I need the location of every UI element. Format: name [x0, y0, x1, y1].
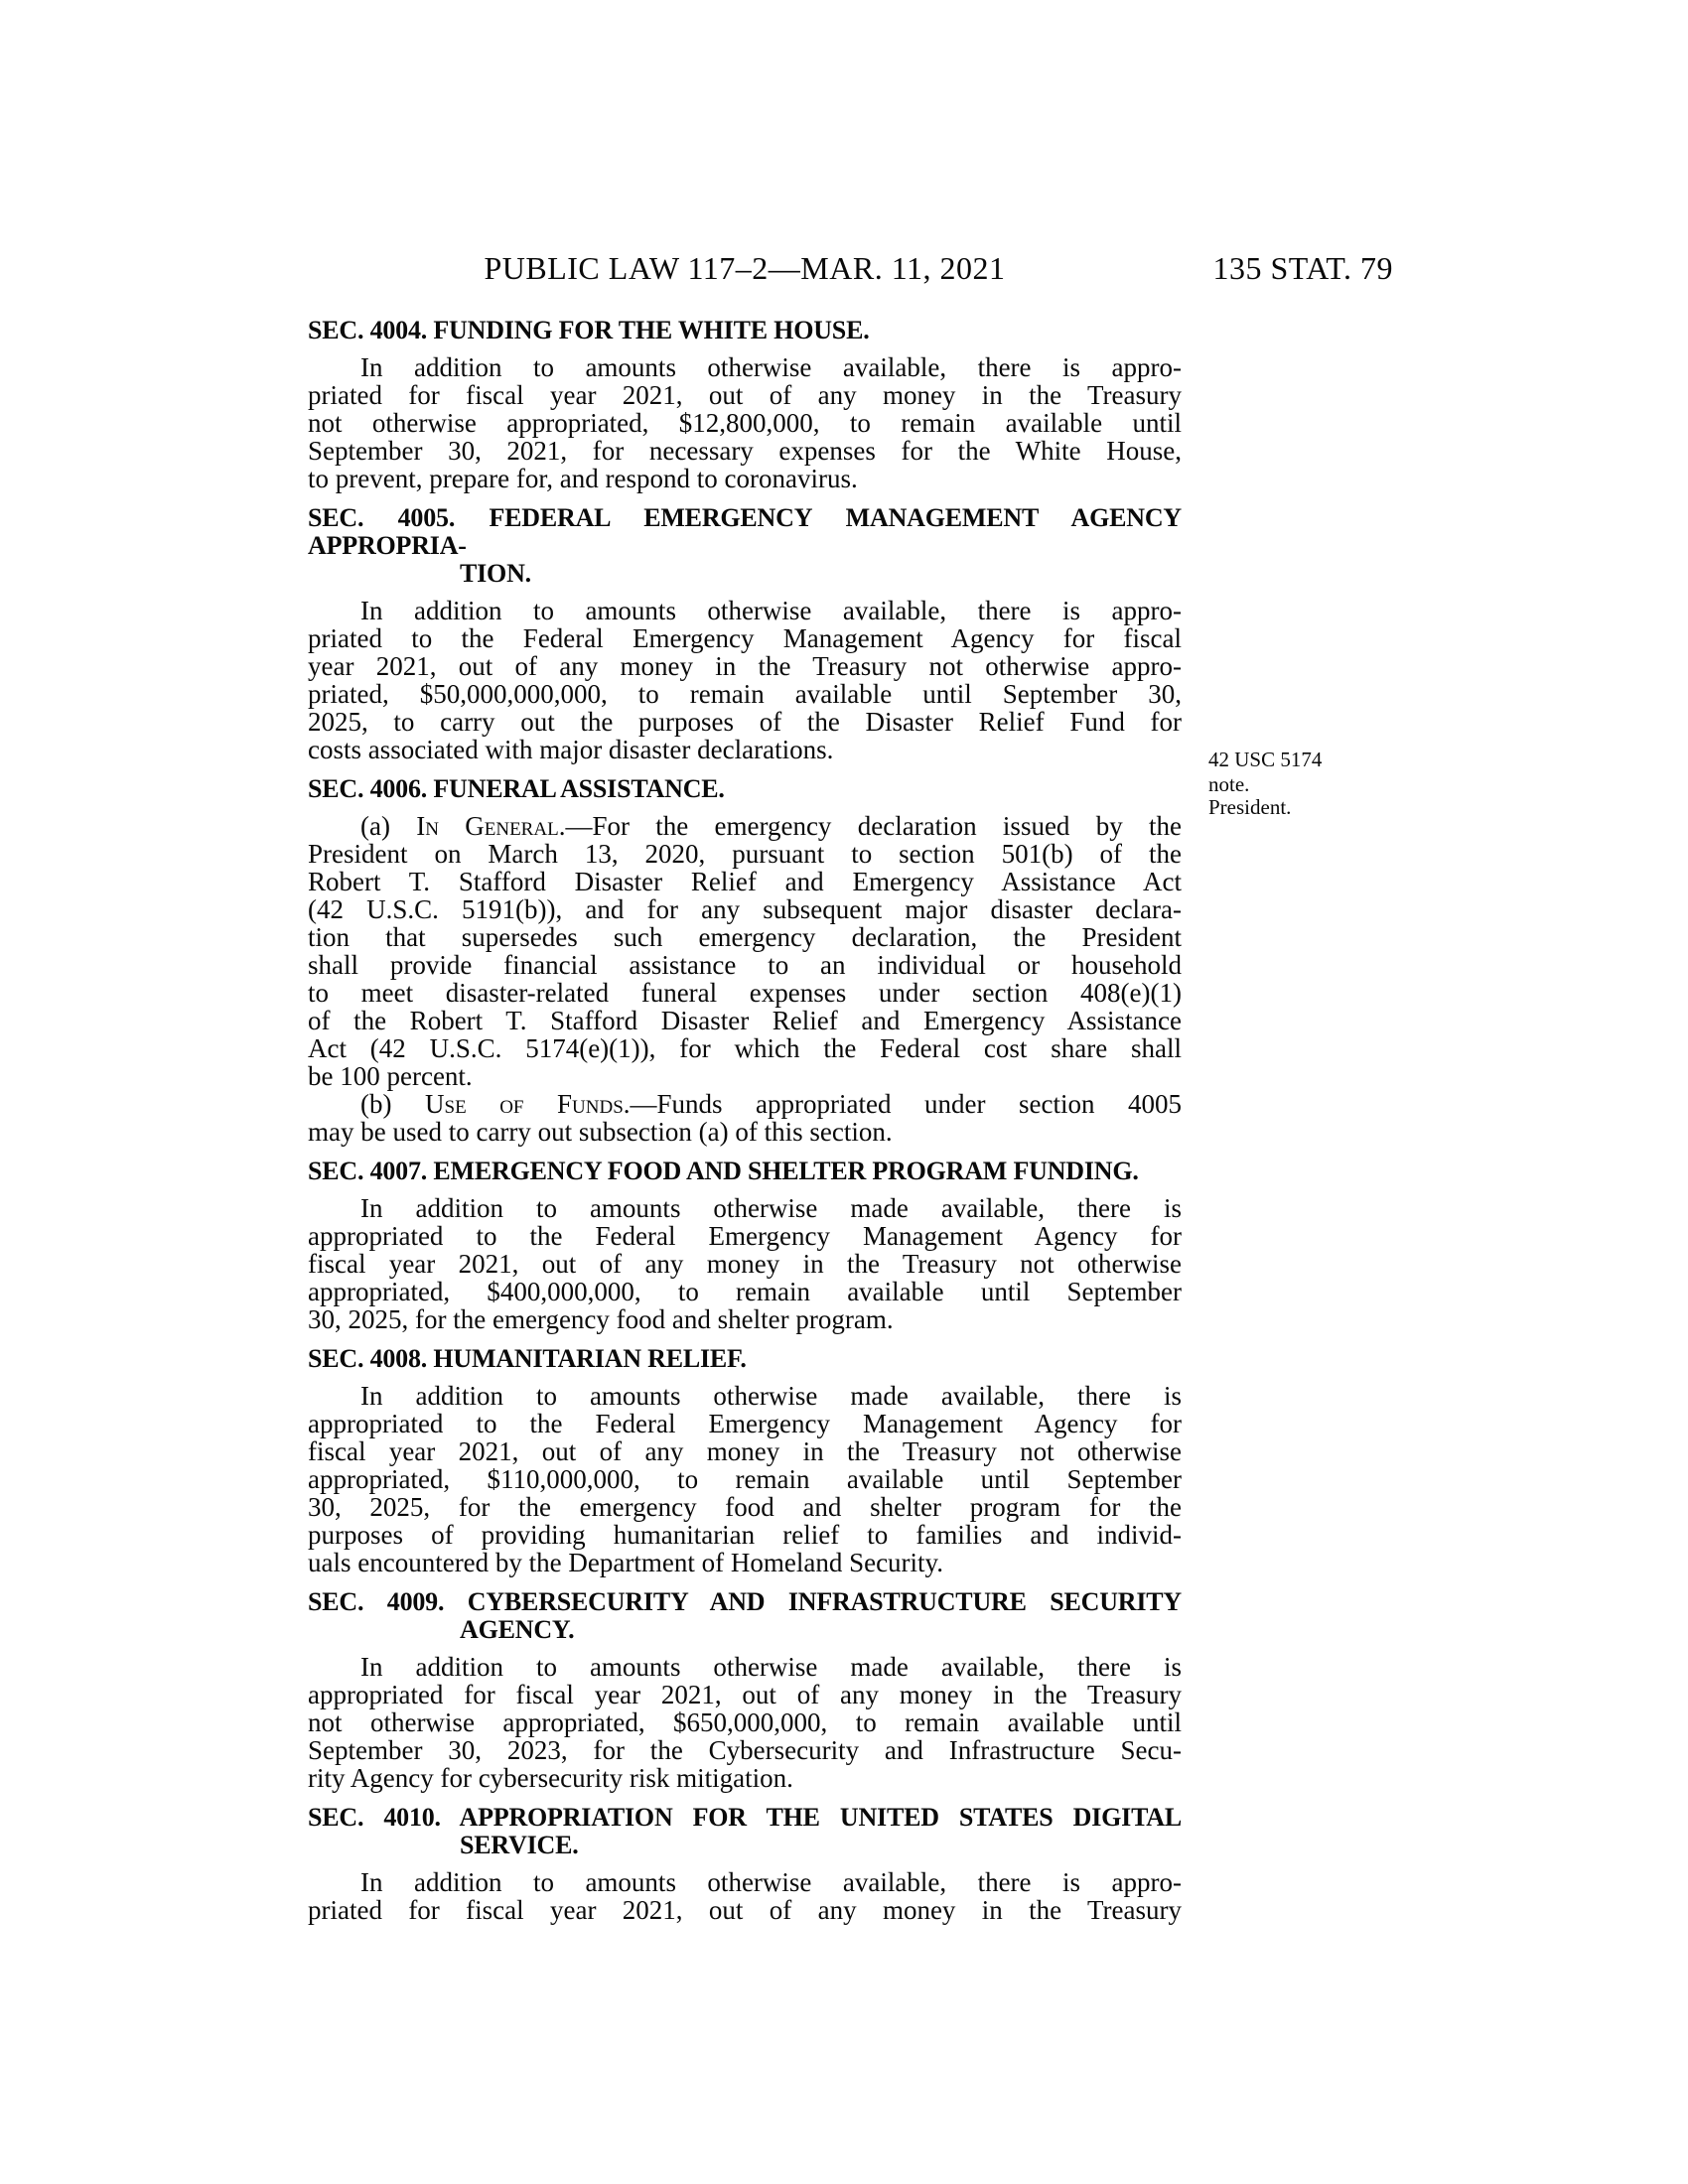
heading-line: SEC. 4004. FUNDING FOR THE WHITE HOUSE. [308, 317, 1182, 344]
heading-line: SEC. 4006. FUNERAL ASSISTANCE. [308, 775, 1182, 803]
section-4005-heading: SEC. 4005. FEDERAL EMERGENCY MANAGEMENT … [308, 504, 1182, 588]
body-line: (42 U.S.C. 5191(b)), and for any subsequ… [308, 895, 1182, 923]
heading-line: SEC. 4008. HUMANITARIAN RELIEF. [308, 1345, 1182, 1373]
body-line: President on March 13, 2020, pursuant to… [308, 840, 1182, 868]
section-4007-heading: SEC. 4007. EMERGENCY FOOD AND SHELTER PR… [308, 1158, 1182, 1185]
section-4009-heading: SEC. 4009. CYBERSECURITY AND INFRASTRUCT… [308, 1588, 1182, 1644]
body-line: (a) In General.—For the emergency declar… [308, 812, 1182, 840]
clause-title-smallcaps: Use of Funds [425, 1089, 624, 1119]
section-4004-paragraph: In addition to amounts otherwise availab… [308, 353, 1182, 492]
section-4008-paragraph: In addition to amounts otherwise made av… [308, 1382, 1182, 1576]
heading-runover-line: SERVICE. [308, 1832, 1182, 1859]
section-4004-heading: SEC. 4004. FUNDING FOR THE WHITE HOUSE. [308, 317, 1182, 344]
clause-label: (a) [360, 811, 416, 841]
section-4004: SEC. 4004. FUNDING FOR THE WHITE HOUSE. … [308, 317, 1182, 492]
body-line: Robert T. Stafford Disaster Relief and E… [308, 868, 1182, 895]
margin-note-usc-citation: 42 USC 5174 note. [1208, 748, 1322, 797]
section-4006: SEC. 4006. FUNERAL ASSISTANCE. (a) In Ge… [308, 775, 1182, 1146]
body-line: appropriated to the Federal Emergency Ma… [308, 1222, 1182, 1250]
page-header: PUBLIC LAW 117–2—MAR. 11, 2021 135 STAT.… [308, 250, 1393, 292]
document-page: PUBLIC LAW 117–2—MAR. 11, 2021 135 STAT.… [0, 0, 1688, 2184]
running-head-title: PUBLIC LAW 117–2—MAR. 11, 2021 [308, 250, 1182, 286]
body-line: not otherwise appropriated, $12,800,000,… [308, 409, 1182, 437]
section-4010-heading: SEC. 4010. APPROPRIATION FOR THE UNITED … [308, 1804, 1182, 1859]
heading-line: SEC. 4005. FEDERAL EMERGENCY MANAGEMENT … [308, 504, 1182, 560]
clause-label: (b) [360, 1089, 425, 1119]
body-line: 30, 2025, for the emergency food and she… [308, 1305, 1182, 1333]
body-line: In addition to amounts otherwise availab… [308, 1868, 1182, 1896]
body-line: In addition to amounts otherwise availab… [308, 353, 1182, 381]
clause-text: .—Funds appropriated under section 4005 [624, 1089, 1182, 1119]
section-4006-heading: SEC. 4006. FUNERAL ASSISTANCE. [308, 775, 1182, 803]
heading-runover-line: AGENCY. [308, 1616, 1182, 1644]
body-line: be 100 percent. [308, 1062, 1182, 1090]
section-4008-heading: SEC. 4008. HUMANITARIAN RELIEF. [308, 1345, 1182, 1373]
body-line: appropriated, $110,000,000, to remain av… [308, 1465, 1182, 1493]
body-line: (b) Use of Funds.—Funds appropriated und… [308, 1090, 1182, 1118]
body-line: not otherwise appropriated, $650,000,000… [308, 1708, 1182, 1736]
body-line: of the Robert T. Stafford Disaster Relie… [308, 1007, 1182, 1034]
body-line: appropriated to the Federal Emergency Ma… [308, 1410, 1182, 1437]
body-line: appropriated, $400,000,000, to remain av… [308, 1278, 1182, 1305]
body-line: tion that supersedes such emergency decl… [308, 923, 1182, 951]
body-line: In addition to amounts otherwise made av… [308, 1653, 1182, 1681]
section-4007: SEC. 4007. EMERGENCY FOOD AND SHELTER PR… [308, 1158, 1182, 1333]
margin-note-line: note. [1208, 772, 1322, 797]
heading-runover-line: TION. [308, 560, 1182, 588]
body-line: In addition to amounts otherwise availab… [308, 597, 1182, 624]
section-4006-subsection-a: (a) In General.—For the emergency declar… [308, 812, 1182, 1090]
body-line: appropriated for fiscal year 2021, out o… [308, 1681, 1182, 1708]
section-4009-paragraph: In addition to amounts otherwise made av… [308, 1653, 1182, 1792]
section-4006-subsection-b: (b) Use of Funds.—Funds appropriated und… [308, 1090, 1182, 1146]
section-4009: SEC. 4009. CYBERSECURITY AND INFRASTRUCT… [308, 1588, 1182, 1792]
margin-note-president: President. [1208, 795, 1291, 820]
statute-text-column: SEC. 4004. FUNDING FOR THE WHITE HOUSE. … [308, 317, 1182, 1924]
body-line: to meet disaster-related funeral expense… [308, 979, 1182, 1007]
section-4005: SEC. 4005. FEDERAL EMERGENCY MANAGEMENT … [308, 504, 1182, 763]
clause-title-smallcaps: In General [416, 811, 558, 841]
section-4007-paragraph: In addition to amounts otherwise made av… [308, 1194, 1182, 1333]
heading-line: SEC. 4010. APPROPRIATION FOR THE UNITED … [308, 1804, 1182, 1832]
clause-text: .—For the emergency declaration issued b… [559, 811, 1182, 841]
heading-line: SEC. 4009. CYBERSECURITY AND INFRASTRUCT… [308, 1588, 1182, 1616]
section-4008: SEC. 4008. HUMANITARIAN RELIEF. In addit… [308, 1345, 1182, 1576]
body-line: fiscal year 2021, out of any money in th… [308, 1250, 1182, 1278]
section-4010: SEC. 4010. APPROPRIATION FOR THE UNITED … [308, 1804, 1182, 1924]
body-line: Act (42 U.S.C. 5174(e)(1)), for which th… [308, 1034, 1182, 1062]
body-line: priated, $50,000,000,000, to remain avai… [308, 680, 1182, 708]
section-4010-paragraph: In addition to amounts otherwise availab… [308, 1868, 1182, 1924]
body-line: rity Agency for cybersecurity risk mitig… [308, 1764, 1182, 1792]
body-line: year 2021, out of any money in the Treas… [308, 652, 1182, 680]
body-line: priated to the Federal Emergency Managem… [308, 624, 1182, 652]
body-line: priated for fiscal year 2021, out of any… [308, 381, 1182, 409]
body-line: In addition to amounts otherwise made av… [308, 1382, 1182, 1410]
section-4005-paragraph: In addition to amounts otherwise availab… [308, 597, 1182, 763]
heading-line: SEC. 4007. EMERGENCY FOOD AND SHELTER PR… [308, 1158, 1182, 1185]
running-head-page-number: 135 STAT. 79 [1212, 250, 1393, 286]
body-line: 30, 2025, for the emergency food and she… [308, 1493, 1182, 1521]
body-line: purposes of providing humanitarian relie… [308, 1521, 1182, 1549]
body-line: priated for fiscal year 2021, out of any… [308, 1896, 1182, 1924]
body-line: costs associated with major disaster dec… [308, 736, 1182, 763]
body-line: fiscal year 2021, out of any money in th… [308, 1437, 1182, 1465]
body-line: uals encountered by the Department of Ho… [308, 1549, 1182, 1576]
body-line: may be used to carry out subsection (a) … [308, 1118, 1182, 1146]
body-line: 2025, to carry out the purposes of the D… [308, 708, 1182, 736]
body-line: September 30, 2021, for necessary expens… [308, 437, 1182, 465]
body-line: shall provide financial assistance to an… [308, 951, 1182, 979]
body-line: to prevent, prepare for, and respond to … [308, 465, 1182, 492]
body-line: In addition to amounts otherwise made av… [308, 1194, 1182, 1222]
margin-note-line: 42 USC 5174 [1208, 748, 1322, 772]
body-line: September 30, 2023, for the Cybersecurit… [308, 1736, 1182, 1764]
